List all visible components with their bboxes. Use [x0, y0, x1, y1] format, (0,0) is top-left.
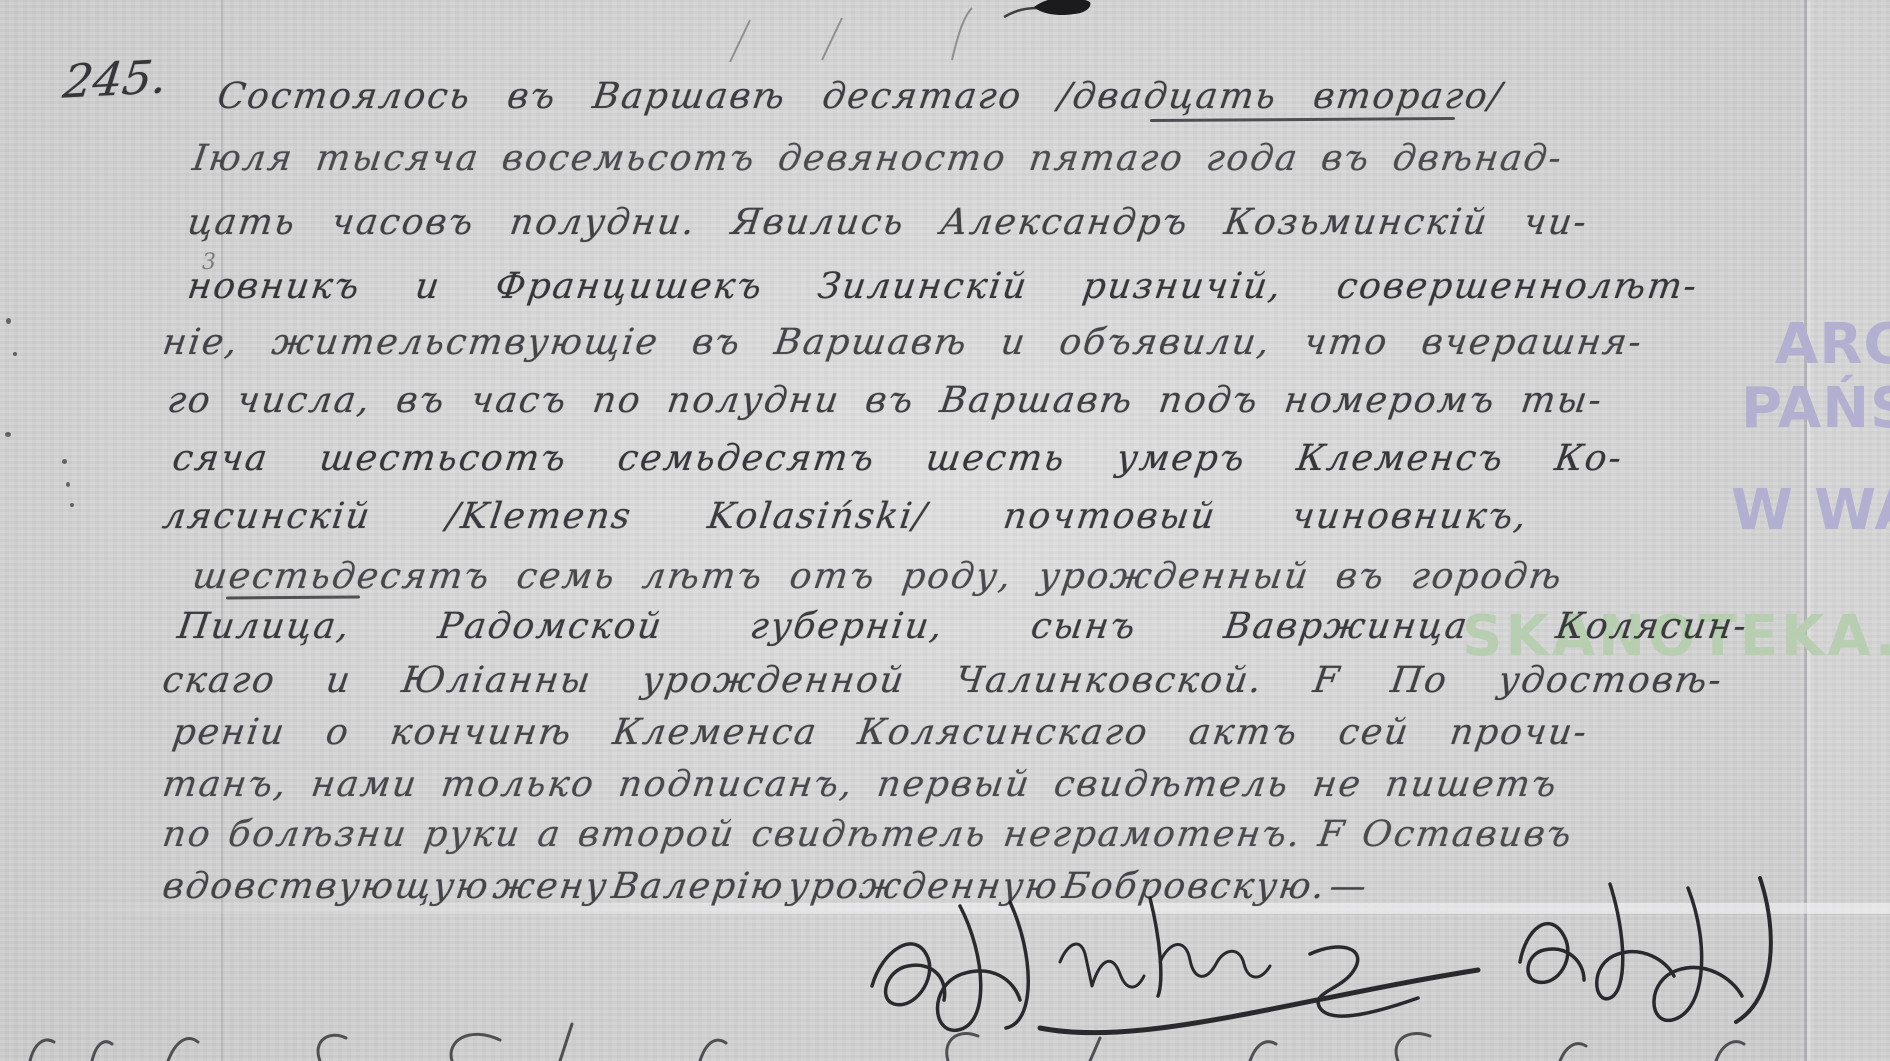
paper-speck: [70, 503, 74, 507]
handwriting-line: Пилица,Радомскойгуберніи,сынъВавржинцаКо…: [175, 606, 1751, 647]
archive-watermark-line: W WA: [1731, 478, 1890, 543]
paper-speck: [66, 482, 70, 487]
record-number: 245.: [60, 49, 170, 108]
handwriting-line: сячашестьсотъсемьдесятъшестьумеръКлеменс…: [170, 438, 1626, 479]
handwriting-line: СостоялосьвъВаршавѣдесятаго/двадцатьвтор…: [215, 76, 1506, 117]
handwriting-line: поболѣзнирукиавторойсвидѣтельнеграмотенъ…: [160, 814, 1576, 855]
handwritten-underline: [1150, 117, 1455, 122]
handwriting-line: цатьчасовъполудни.ЯвилисьАлександръКозьм…: [185, 202, 1591, 243]
paper-speck: [6, 318, 11, 324]
handwriting-line: танъ,намитолькоподписанъ,первыйсвидѣтель…: [160, 764, 1561, 805]
handwriting-line: лясинскій/KlemensKolasiński/почтовыйчино…: [160, 496, 1531, 537]
handwriting-line: Іюлятысячавосемьсотъдевяностопятагогодав…: [190, 138, 1566, 179]
scanned-document-page: ARCPAŃSW WA SKANOTEKA. 245. Состоялосьвъ…: [0, 0, 1890, 1061]
handwriting-line: реніиокончинѣКлеменсаКолясинскагоактъсей…: [170, 712, 1591, 753]
paper-speck: [5, 432, 11, 437]
right-edge-band: [1807, 0, 1890, 1061]
handwriting-line: новникъиФранцишекъЗилинскійризничій,сове…: [185, 266, 1701, 307]
handwriting-line: вдовствующуюженуВалеріюурожденнуюБобровс…: [160, 866, 1371, 907]
handwriting-line: гочисла,въчасъпополуднивъВаршавѣподъноме…: [165, 380, 1606, 421]
handwriting-line: ніе,жительствующіевъВаршавѣиобъявили,что…: [160, 322, 1646, 363]
top-edge-ink-mark: [1004, 0, 1090, 17]
paper-speck: [13, 352, 17, 356]
paper-speck: [62, 459, 67, 464]
handwriting-line: скагоиЮліанныурожденнойЧалинковской.FПоу…: [160, 660, 1726, 701]
next-record-partial-strokes: [30, 1024, 1744, 1061]
handwriting-line: шестьдесятъсемьлѣтъотъроду,урожденныйвъг…: [190, 556, 1566, 597]
stray-ink-mark: 3: [202, 250, 216, 275]
archive-watermark-line: PAŃS: [1741, 376, 1890, 441]
handwritten-underline: [226, 596, 360, 600]
cut-ascender-strokes: [730, 8, 972, 62]
fold-line: [1804, 0, 1807, 1061]
archive-watermark-line: ARC: [1775, 312, 1890, 377]
horizontal-crease-edge: [0, 914, 1890, 915]
